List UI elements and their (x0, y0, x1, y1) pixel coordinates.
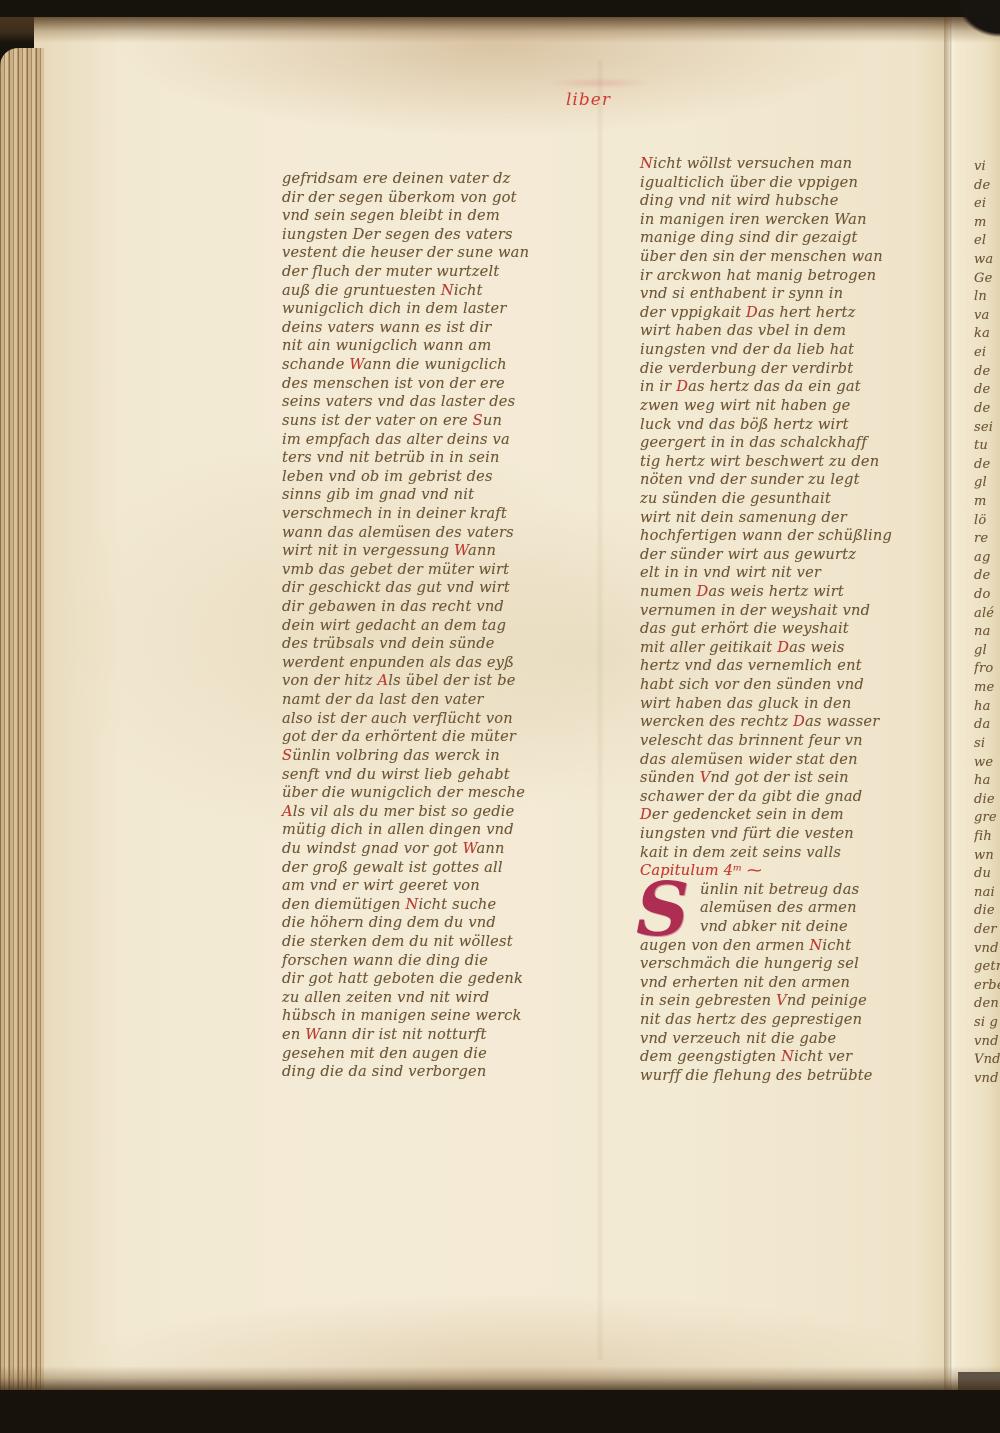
text-line: wann das alemüsen des vaters (282, 524, 572, 543)
text-line: hübsch in manigen seine werck (282, 1007, 572, 1026)
text-line: die verderbung der verdirbt (640, 360, 930, 379)
text-line: vmb das gebet der müter wirt (282, 561, 572, 580)
text-line: dem geengstigten Nicht ver (640, 1048, 930, 1067)
fore-edge-fragment: ei (974, 344, 1000, 363)
text-line: namt der da last den vater (282, 691, 572, 710)
text-line: auß die gruntuesten Nicht (282, 282, 572, 301)
fore-edge-fragment: der (974, 921, 1000, 940)
fore-edge-fragment: getr (974, 958, 1000, 977)
text-line: wirt haben das gluck in den (640, 695, 930, 714)
fore-edge-fragment: fro (974, 660, 1000, 679)
text-line: des trübsals vnd dein sünde (282, 635, 572, 654)
text-line: leben vnd ob im gebrist des (282, 468, 572, 487)
text-line: also ist der auch verflücht von (282, 710, 572, 729)
fore-edge-fragment: Vnd (974, 1051, 1000, 1070)
fore-edge-fragment: re (974, 530, 1000, 549)
text-line: vnd sein segen bleibt in dem (282, 207, 572, 226)
text-line: en Wann dir ist nit notturft (282, 1026, 572, 1045)
fore-edge-fragment: de (974, 381, 1000, 400)
text-line: in manigen iren wercken Wan (640, 211, 930, 230)
photo-background-top (0, 0, 1000, 17)
ink-showthrough (520, 76, 680, 90)
text-line: senft vnd du wirst lieb gehabt (282, 766, 572, 785)
text-line: Nicht wöllst versuchen man (640, 155, 930, 174)
fore-edge-fragment: die (974, 791, 1000, 810)
fore-edge-fragment: sei (974, 419, 1000, 438)
text-line: habt sich vor den sünden vnd (640, 676, 930, 695)
text-line: elt in in vnd wirt nit ver (640, 564, 930, 583)
manuscript-photo: liber gefridsam ere deinen vater dzdir d… (0, 0, 1000, 1433)
fore-edge-fragment: lö (974, 512, 1000, 531)
text-line: schawer der da gibt die gnad (640, 788, 930, 807)
fore-edge-fragment: alé (974, 605, 1000, 624)
text-line: wirt nit dein samenung der (640, 509, 930, 528)
text-line: ters vnd nit betrüb in in sein (282, 449, 572, 468)
page-stack-edge (0, 48, 44, 1392)
text-line: verschmech in in deiner kraft (282, 505, 572, 524)
text-column-right: Nicht wöllst versuchen manigualticlich ü… (640, 155, 930, 1085)
text-line: den diemütigen Nicht suche (282, 896, 572, 915)
fore-edge-fragment: el (974, 232, 1000, 251)
fore-edge-fragment: erbe (974, 977, 1000, 996)
fore-edge-fragment: du (974, 865, 1000, 884)
text-line: vnd si enthabent ir synn in (640, 285, 930, 304)
text-line: schande Wann die wunigclich (282, 356, 572, 375)
fore-edge-fragment: nai (974, 884, 1000, 903)
text-line: verschmäch die hungerig sel (640, 955, 930, 974)
fore-edge-fragment: de (974, 363, 1000, 382)
fore-edge-fragment: den (974, 995, 1000, 1014)
text-line: Sünlin volbring das werck in (282, 747, 572, 766)
fore-edge-fragment: vnd (974, 1033, 1000, 1052)
fore-edge-fragment: wa (974, 251, 1000, 270)
fore-edge-fragment: tu (974, 437, 1000, 456)
fore-edge-fragment: m (974, 493, 1000, 512)
text-line: suns ist der vater on ere Sun (282, 412, 572, 431)
text-line: in ir Das hertz das da ein gat (640, 378, 930, 397)
text-line: der vppigkait Das hert hertz (640, 304, 930, 323)
text-line: geergert in in das schalckhaff (640, 434, 930, 453)
text-line: der sünder wirt aus gewurtz (640, 546, 930, 565)
fore-edge-fragment: ha (974, 772, 1000, 791)
text-line: am vnd er wirt geeret von (282, 877, 572, 896)
text-line: hertz vnd das vernemlich ent (640, 657, 930, 676)
text-line: vernumen in der weyshait vnd (640, 602, 930, 621)
fore-edge-fragment: me (974, 679, 1000, 698)
text-line: seins vaters vnd das laster des (282, 393, 572, 412)
text-line: forschen wann die ding die (282, 952, 572, 971)
text-line: dir gebawen in das recht vnd (282, 598, 572, 617)
text-line: iungsten vnd der da lieb hat (640, 341, 930, 360)
fore-edge-fragment: ha (974, 698, 1000, 717)
text-line: du windst gnad vor got Wann (282, 840, 572, 859)
fore-edge-fragment: ln (974, 288, 1000, 307)
text-line: das gut erhört die weyshait (640, 620, 930, 639)
text-line: wunigclich dich in dem laster (282, 300, 572, 319)
text-line: numen Das weis hertz wirt (640, 583, 930, 602)
text-line: dein wirt gedacht an dem tag (282, 617, 572, 636)
text-line: werdent enpunden als das eyß (282, 654, 572, 673)
text-line: Der gedencket sein in dem (640, 806, 930, 825)
text-line: wirt nit in vergessung Wann (282, 542, 572, 561)
text-line: von der hitz Als übel der ist be (282, 672, 572, 691)
page-bottom-browning (0, 1366, 1000, 1392)
text-line: mütig dich in allen dingen vnd (282, 821, 572, 840)
fore-edge-fragment: ei (974, 195, 1000, 214)
text-line: manige ding sind dir gezaigt (640, 229, 930, 248)
page-top-browning (0, 17, 1000, 43)
text-line: ding vnd nit wird hubsche (640, 192, 930, 211)
text-line: das alemüsen wider stat den (640, 751, 930, 770)
fore-edge-text-fragments: videeimelwaGelnvakaeidededeseitudeglmlör… (974, 158, 1000, 1088)
text-line: vestent die heuser der sune wan (282, 244, 572, 263)
text-line: luck vnd das böß hertz wirt (640, 416, 930, 435)
text-line: gesehen mit den augen die (282, 1045, 572, 1064)
text-line: vnd verzeuch nit die gabe (640, 1030, 930, 1049)
text-line: iungsten vnd fürt die vesten (640, 825, 930, 844)
fore-edge-fragment: die (974, 902, 1000, 921)
text-column-left: gefridsam ere deinen vater dzdir der seg… (282, 170, 572, 1082)
fore-edge-fragment: ka (974, 325, 1000, 344)
fore-edge-fragment: fih (974, 828, 1000, 847)
fore-edge-fragment: de (974, 567, 1000, 586)
text-line: dir got hatt geboten die gedenk (282, 970, 572, 989)
text-line: tig hertz wirt beschwert zu den (640, 453, 930, 472)
text-line: nöten vnd der sunder zu legt (640, 471, 930, 490)
text-line: zwen weg wirt nit haben ge (640, 397, 930, 416)
page-crease (596, 60, 604, 1360)
fore-edge-fragment: vnd (974, 1070, 1000, 1089)
text-line: die höhern ding dem du vnd (282, 914, 572, 933)
photo-background-bottom (0, 1390, 1000, 1433)
text-line: iungsten Der segen des vaters (282, 226, 572, 245)
text-line: der fluch der muter wurtzelt (282, 263, 572, 282)
text-line: die sterken dem du nit wöllest (282, 933, 572, 952)
fore-edge-fragment: va (974, 307, 1000, 326)
text-line: nit ain wunigclich wann am (282, 337, 572, 356)
fore-edge-fragment: we (974, 754, 1000, 773)
text-line: ding die da sind verborgen (282, 1063, 572, 1082)
fore-edge-fragment: de (974, 177, 1000, 196)
text-line: dir geschickt das gut vnd wirt (282, 579, 572, 598)
text-line: wirt haben das vbel in dem (640, 322, 930, 341)
text-line: sünden Vnd got der ist sein (640, 769, 930, 788)
text-line: wurff die flehung des betrübte (640, 1067, 930, 1086)
fore-edge-fragment: si g (974, 1014, 1000, 1033)
fore-edge-fragment: Ge (974, 270, 1000, 289)
fore-edge-fragment: gl (974, 642, 1000, 661)
text-line: sinns gib im gnad vnd nit (282, 486, 572, 505)
drop-cap-initial: S (636, 875, 690, 945)
chapter-four-paragraph: S ünlin nit betreug dasalemüsen des arme… (640, 881, 930, 1086)
text-line: gefridsam ere deinen vater dz (282, 170, 572, 189)
fore-edge-fragment: de (974, 400, 1000, 419)
text-line: zu sünden die gesunthait (640, 490, 930, 509)
text-line: Als vil als du mer bist so gedie (282, 803, 572, 822)
text-line: in sein gebresten Vnd peinige (640, 992, 930, 1011)
text-line: ir arckwon hat manig betrogen (640, 267, 930, 286)
text-line: wercken des rechtz Das wasser (640, 713, 930, 732)
fore-edge-fragment: na (974, 623, 1000, 642)
fore-edge-fragment: de (974, 456, 1000, 475)
text-line: vnd erherten nit den armen (640, 974, 930, 993)
column-right-part1: Nicht wöllst versuchen manigualticlich ü… (640, 155, 930, 862)
text-line: im empfach das alter deins va (282, 431, 572, 450)
running-title: liber (566, 90, 611, 110)
text-line: über die wunigclich der mesche (282, 784, 572, 803)
fore-edge-fragment: m (974, 214, 1000, 233)
fore-edge-fragment: vi (974, 158, 1000, 177)
fore-edge-fragment: wn (974, 847, 1000, 866)
text-line: dir der segen überkom von got (282, 189, 572, 208)
photo-background-corner (942, 0, 1000, 64)
text-line: des menschen ist von der ere (282, 375, 572, 394)
text-line: über den sin der menschen wan (640, 248, 930, 267)
fore-edge-fragment: gl (974, 474, 1000, 493)
fore-edge-fragment: si (974, 735, 1000, 754)
text-line: mit aller geitikait Das weis (640, 639, 930, 658)
fore-edge-fragment: gre (974, 809, 1000, 828)
text-line: got der da erhörtent die müter (282, 728, 572, 747)
text-line: der groß gewalt ist gottes all (282, 859, 572, 878)
text-line: kait in dem zeit seins valls (640, 844, 930, 863)
text-line: velescht das brinnent feur vn (640, 732, 930, 751)
text-line: zu allen zeiten vnd nit wird (282, 989, 572, 1008)
fore-edge-fragment: vnd (974, 940, 1000, 959)
fore-edge-fragment: da (974, 716, 1000, 735)
text-line: igualticlich über die vppigen (640, 174, 930, 193)
text-line: deins vaters wann es ist dir (282, 319, 572, 338)
fore-edge-fragment: do (974, 586, 1000, 605)
text-line: nit das hertz des geprestigen (640, 1011, 930, 1030)
fore-edge-fragment: ag (974, 549, 1000, 568)
text-line: hochfertigen wann der schüßling (640, 527, 930, 546)
